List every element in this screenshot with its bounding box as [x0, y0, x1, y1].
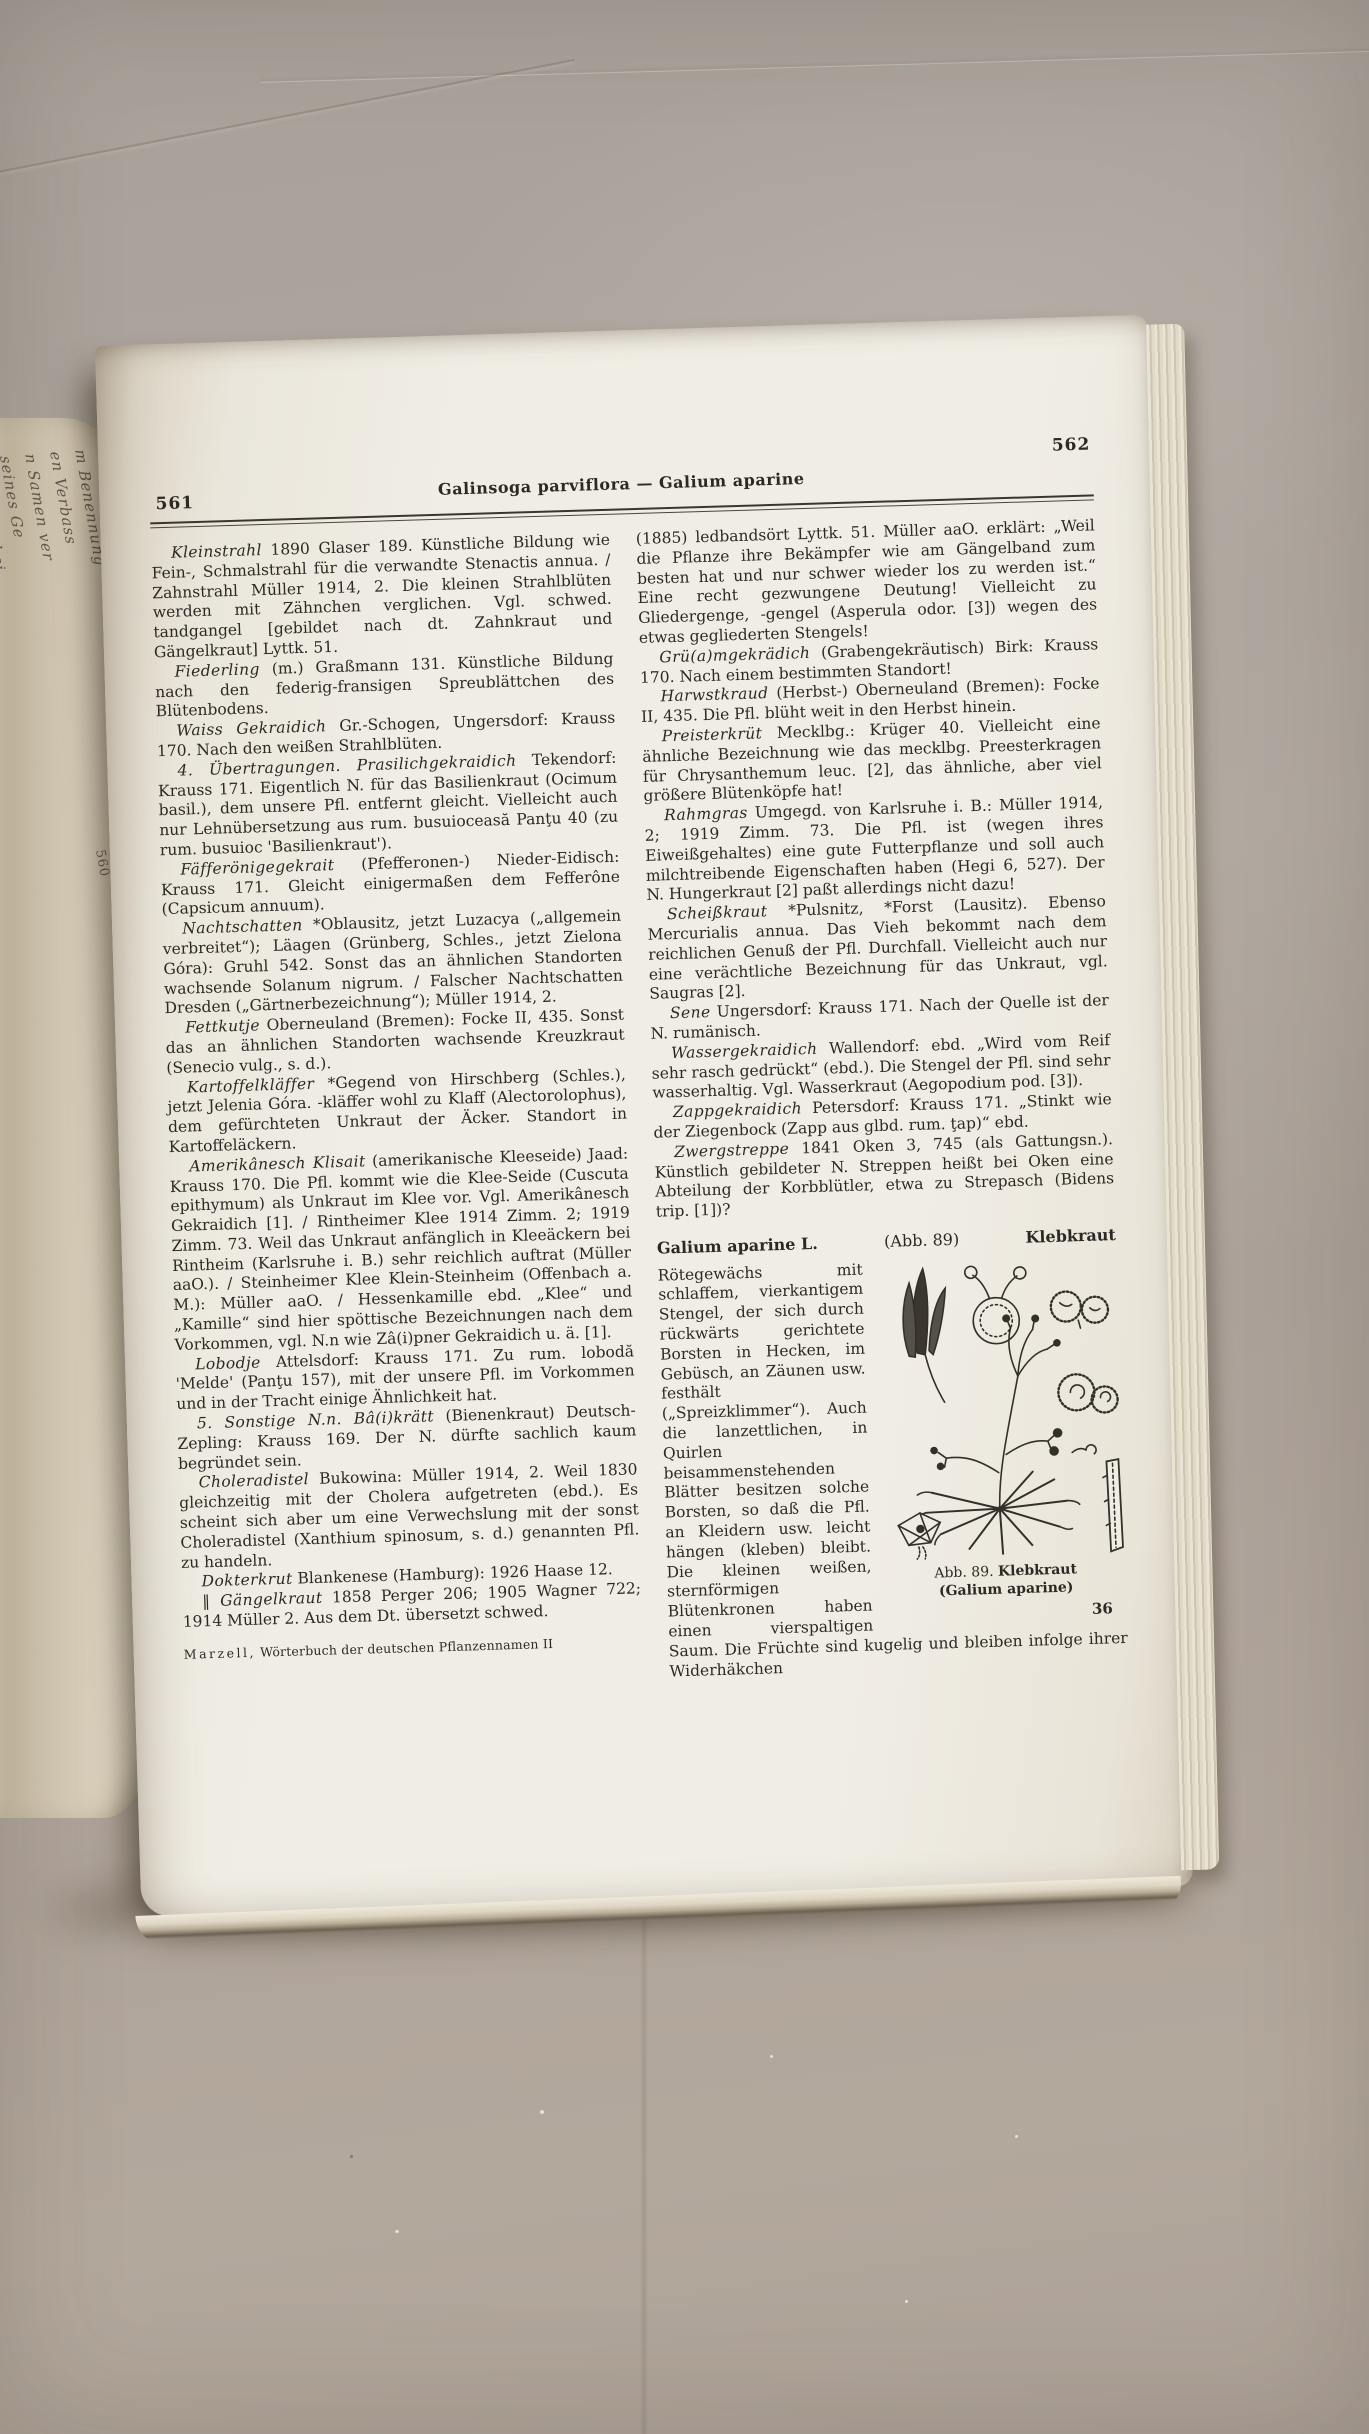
- cardboard-seam: [0, 59, 574, 179]
- figure: Abb. 89. Klebkraut (Galium aparine) 36: [876, 1255, 1127, 1626]
- entry-headword: Nachtschatten: [182, 916, 303, 938]
- entry-headword: Kartoffelkläffer: [187, 1074, 315, 1096]
- cardboard-seam: [260, 50, 1369, 83]
- entry-latin-name: Galium aparine L.: [657, 1234, 818, 1259]
- entry-headword: Waiss Gekraidich: [176, 717, 327, 739]
- entry-headword: Kleinstrahl: [171, 541, 262, 562]
- text-columns: Kleinstrahl 1890 Glaser 189. Künstliche …: [151, 516, 1129, 1696]
- entry-headword: Choleradistel: [198, 1471, 309, 1492]
- entry-paragraph: Scheißkraut *Pulsnitz, *Forst (Lausitz).…: [647, 892, 1109, 1005]
- entry-headword: Sene: [670, 1003, 711, 1022]
- entry-text: (1885) ledbandsört Lyttk. 51. Müller aaO…: [636, 516, 1098, 647]
- entry-paragraph: Amerikânesch Klisait (amerikanische Klee…: [169, 1144, 634, 1355]
- figure-caption: Abb. 89. Klebkraut (Galium aparine): [885, 1559, 1126, 1602]
- entry-figure-ref: (Abb. 89): [884, 1230, 960, 1252]
- entry-paragraph: Kartoffelkläffer *Gegend von Hirschberg …: [167, 1065, 628, 1158]
- plant-illustration: [876, 1255, 1125, 1562]
- speckle: [770, 2055, 773, 2058]
- entry-headword: Preisterkrüt: [661, 724, 762, 745]
- page-content: 561 Galinsoga parviflora — Galium aparin…: [95, 315, 1187, 1698]
- entry-headword: ‖ Gängelkraut: [202, 1589, 323, 1611]
- photo-background: 560 Einschlepp ollen (ebd.) m Benennung …: [0, 0, 1369, 2434]
- speckle: [395, 2230, 399, 2233]
- speckle: [905, 2300, 908, 2303]
- page-footer: Marzell, Wörterbuch der deutschen Pflanz…: [183, 1631, 642, 1664]
- entry-paragraph: Rahmgras Umgegd. von Karlsruhe i. B.: Mü…: [644, 793, 1106, 906]
- entry-text: (amerikanische Kleeseide) Jaad: Krauss 1…: [170, 1144, 633, 1354]
- entry-headword: Fäfferönigegekrait: [180, 856, 334, 879]
- bottom-edge-pages: [135, 1876, 1181, 1946]
- column-number-right: 562: [1051, 434, 1090, 455]
- footer-author: Marzell,: [184, 1645, 257, 1662]
- entry-paragraph: Nachtschatten *Oblausitz, jetzt Luzacya …: [162, 907, 624, 1020]
- entry-paragraph: Preisterkrüt Mecklbg.: Krüger 40. Vielle…: [641, 714, 1102, 807]
- entry-paragraph: (1885) ledbandsört Lyttk. 51. Müller aaO…: [636, 516, 1098, 648]
- column-right: (1885) ledbandsört Lyttk. 51. Müller aaO…: [636, 516, 1129, 1682]
- speckle: [1015, 2135, 1018, 2138]
- figure-caption-latin: (Galium aparine): [939, 1579, 1074, 1599]
- entry-headword: Dokterkrut: [201, 1570, 292, 1591]
- entry-paragraph: 4. Übertragungen. Prasilichgekraidich Te…: [157, 748, 619, 861]
- entry-headword: Zwergstreppe: [674, 1139, 790, 1160]
- entry-paragraph: Zwergstreppe 1841 Oken 3, 745 (als Gattu…: [654, 1130, 1115, 1223]
- entry-headword: Fiederling: [174, 660, 260, 681]
- speckle: [350, 2155, 353, 2158]
- speckle: [540, 2110, 544, 2114]
- entry-german-name: Klebkraut: [1025, 1225, 1116, 1247]
- entry-heading: Galium aparine L. (Abb. 89) Klebkraut: [657, 1225, 1116, 1258]
- column-left: Kleinstrahl 1890 Glaser 189. Künstliche …: [151, 531, 644, 1697]
- entry-headword: Lobodje: [195, 1353, 261, 1373]
- entry-headword: Fettkutje: [185, 1016, 260, 1036]
- entry-headword: Harwstkraud: [660, 684, 768, 705]
- entry-headword: Zappgekraidich: [673, 1099, 803, 1121]
- entry-paragraph: Kleinstrahl 1890 Glaser 189. Künstliche …: [151, 531, 613, 663]
- footer-title: Wörterbuch der deutschen Pflanzennamen I…: [260, 1636, 553, 1660]
- entry-headword: Rahmgras: [664, 804, 748, 824]
- entry-headword: Wassergekraidich: [671, 1040, 818, 1062]
- entry-paragraph: Choleradistel Bukowina: Müller 1914, 2. …: [178, 1461, 640, 1574]
- figure-caption-name: Klebkraut: [998, 1561, 1077, 1579]
- entry-headword: Scheißkraut: [667, 902, 768, 923]
- main-page: 561 Galinsoga parviflora — Galium aparin…: [95, 315, 1193, 1918]
- entry-headword: Grü(a)mgekrädich: [659, 644, 810, 666]
- cardboard-seam: [640, 1895, 648, 2434]
- figure-caption-abb: Abb. 89.: [934, 1564, 994, 1582]
